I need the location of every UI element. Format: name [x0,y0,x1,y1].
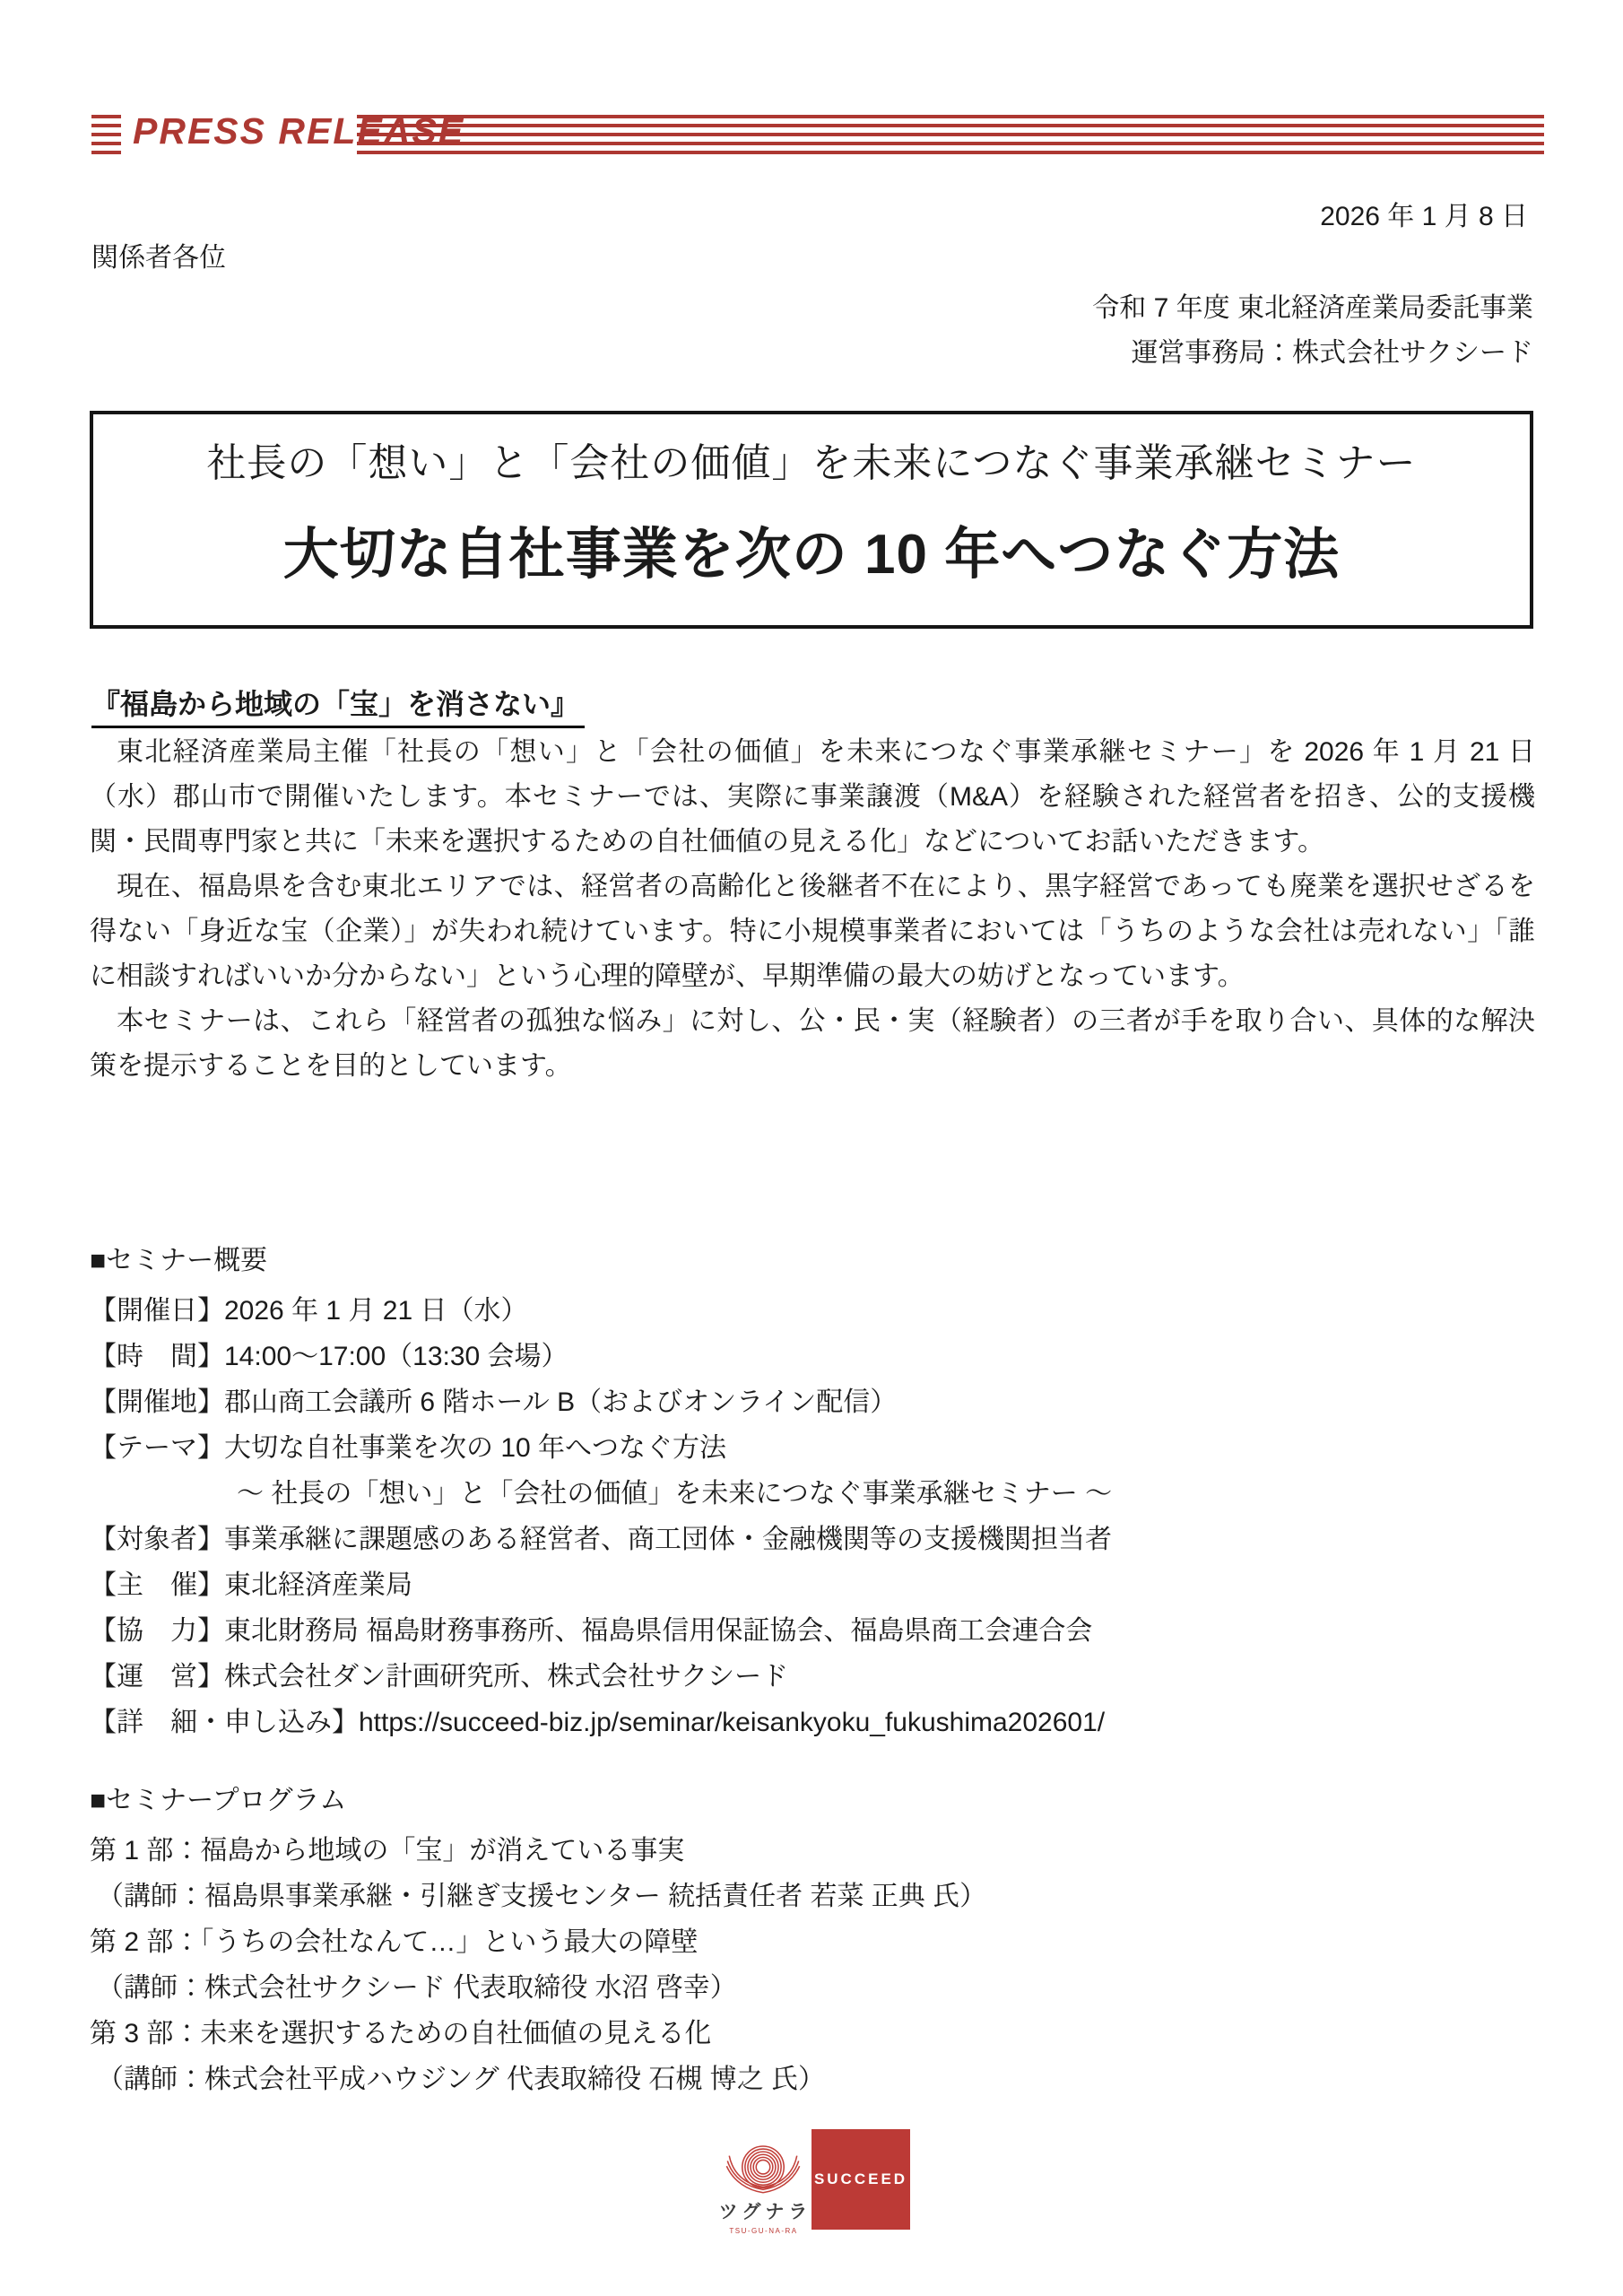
program-lecturer-3: （講師：株式会社平成ハウジング 代表取締役 石槻 博之 氏） [90,2057,1535,2102]
recipient-line: 関係者各位 [91,240,226,276]
seminar-program-section: ■セミナープログラム 第 1 部：福島から地域の「宝」が消えている事実 （講師：… [90,1781,1535,2102]
program-lecturer-2: （講師：株式会社サクシード 代表取締役 水沼 啓幸） [90,1965,1535,2011]
stripe-block-right [357,115,1544,154]
tsugunara-logo: ツグナラ TSU-GU-NA-RA [710,2145,816,2236]
tsugunara-ring-icon [724,2145,803,2199]
seminar-subtitle: 社長の「想い」と「会社の価値」を未来につなぐ事業承継セミナー [104,439,1519,489]
overview-heading: ■セミナー概要 [90,1241,1535,1281]
seminar-title-box: 社長の「想い」と「会社の価値」を未来につなぐ事業承継セミナー 大切な自社事業を次… [90,411,1533,629]
tsugunara-wordmark: ツグナラ [710,2201,816,2224]
overview-item-operation: 【運 営】株式会社ダン計画研究所、株式会社サクシード [90,1654,1535,1700]
succeed-logo: SUCCEED [811,2129,910,2230]
overview-item-host: 【主 催】東北経済産業局 [90,1562,1535,1608]
lead-paragraph: 本セミナーは、これら「経営者の孤独な悩み」に対し、公・民・実（経験者）の三者が手… [90,999,1535,1089]
press-release-page: PRESS RELEASE 2026 年 1 月 8 日 関係者各位 令和 7 … [0,0,1623,2296]
overview-item-detail-url: 【詳 細・申し込み】https://succeed-biz.jp/seminar… [90,1700,1535,1745]
succeed-wordmark: SUCCEED [814,2170,907,2188]
overview-item-cooperation: 【協 力】東北財務局 福島財務事務所、福島県信用保証協会、福島県商工会連合会 [90,1608,1535,1654]
lead-paragraph: 東北経済産業局主催「社長の「想い」と「会社の価値」を未来につなぐ事業承継セミナー… [90,730,1535,865]
program-lecturer-1: （講師：福島県事業承継・引継ぎ支援センター 統括責任者 若菜 正典 氏） [90,1874,1535,1919]
overview-item-theme-sub: ～ 社長の「想い」と「会社の価値」を未来につなぐ事業承継セミナー ～ [90,1471,1535,1517]
lead-heading: 『福島から地域の「宝」を消さない』 [91,687,585,728]
program-part-3: 第 3 部：未来を選択するための自社価値の見える化 [90,2011,1535,2057]
release-date: 2026 年 1 月 8 日 [1320,199,1528,235]
overview-item-place: 【開催地】郡山商工会議所 6 階ホール B（およびオンライン配信） [90,1379,1535,1425]
overview-item-date: 【開催日】2026 年 1 月 21 日（水） [90,1288,1535,1334]
program-heading: ■セミナープログラム [90,1781,1535,1821]
program-part-1: 第 1 部：福島から地域の「宝」が消えている事実 [90,1828,1535,1874]
seminar-overview-section: ■セミナー概要 【開催日】2026 年 1 月 21 日（水） 【時 間】14:… [90,1241,1535,1745]
overview-item-time: 【時 間】14:00～17:00（13:30 会場） [90,1334,1535,1379]
office-line: 運営事務局：株式会社サクシード [1131,335,1533,371]
lead-body: 東北経済産業局主催「社長の「想い」と「会社の価値」を未来につなぐ事業承継セミナー… [90,730,1535,1089]
overview-item-audience: 【対象者】事業承継に課題感のある経営者、商工団体・金融機関等の支援機関担当者 [90,1517,1535,1562]
tsugunara-romaji: TSU-GU-NA-RA [710,2227,816,2236]
overview-item-theme: 【テーマ】大切な自社事業を次の 10 年へつなぐ方法 [90,1425,1535,1471]
stripe-block-left [91,115,121,154]
seminar-main-title: 大切な自社事業を次の 10 年へつなぐ方法 [104,519,1519,591]
project-line: 令和 7 年度 東北経済産業局委託事業 [1092,291,1533,326]
program-part-2: 第 2 部：「うちの会社なんて…」という最大の障壁 [90,1919,1535,1965]
lead-paragraph: 現在、福島県を含む東北エリアでは、経営者の高齢化と後継者不在により、黒字経営であ… [90,865,1535,999]
